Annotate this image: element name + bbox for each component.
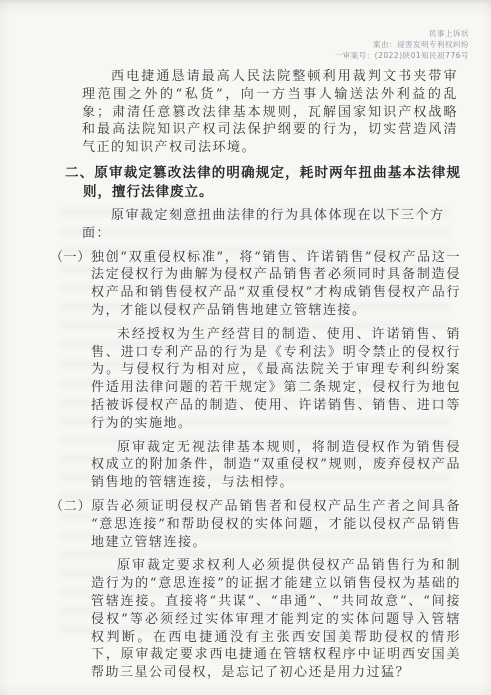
subsection-one-label: （一） xyxy=(50,250,91,265)
subsection-one-paragraph-2: 原审裁定无视法律基本规则，将制造侵权作为销售侵权成立的附加条件，制造“双重侵权”… xyxy=(91,439,461,492)
subsection-two-paragraph-1: 原审裁定要求权利人必须提供侵权产品销售行为和制造行为的“意思连接”的证据才能建立… xyxy=(91,557,461,682)
subsection-two: （二）原告必须证明侵权产品销售者和侵权产品生产者之间具备“意思连接”和帮助侵权的… xyxy=(91,498,461,551)
cause-of-action-label: 案由：侵害发明专利权纠纷 xyxy=(335,39,469,50)
document-header-block: 民事上诉状 案由：侵害发明专利权纠纷 一审案号：(2022)陕01知民初776号 xyxy=(335,28,469,61)
heading-text: 原审裁定篡改法律的明确规定，耗时两年扭曲基本法律规则，擅行法律废立。 xyxy=(83,165,461,200)
section-heading-two: 二、原审裁定篡改法律的明确规定，耗时两年扭曲基本法律规则，擅行法律废立。 xyxy=(83,164,461,202)
heading-number: 二、 xyxy=(65,165,94,181)
subsection-two-label: （二） xyxy=(50,499,91,514)
subsection-one: （一）独创“双重侵权标准”，将“销售、许诺销售”侵权产品这一法定侵权行为曲解为侵… xyxy=(91,249,461,320)
subsection-one-paragraph-1: 未经授权为生产经营目的制造、使用、许诺销售、销售、进口专利产品的行为是《专利法》… xyxy=(91,326,461,433)
document-body: 西电捷通恳请最高人民法院整顿利用裁判文书夹带审理范围之外的“私货”，向一方当事人… xyxy=(0,68,491,687)
paragraph-request-to-court: 西电捷通恳请最高人民法院整顿利用裁判文书夹带审理范围之外的“私货”，向一方当事人… xyxy=(82,68,458,157)
subsection-one-text: 独创“双重侵权标准”，将“销售、许诺销售”侵权产品这一法定侵权行为曲解为侵权产品… xyxy=(91,250,461,318)
first-instance-case-number: 一审案号：(2022)陕01知民初776号 xyxy=(335,50,469,61)
doc-type-label: 民事上诉状 xyxy=(335,28,469,39)
intro-sentence: 原审裁定刻意扭曲法律的行为具体体现在以下三个方面： xyxy=(82,207,458,243)
subsection-two-text: 原告必须证明侵权产品销售者和侵权产品生产者之间具备“意思连接”和帮助侵权的实体问… xyxy=(91,499,461,550)
